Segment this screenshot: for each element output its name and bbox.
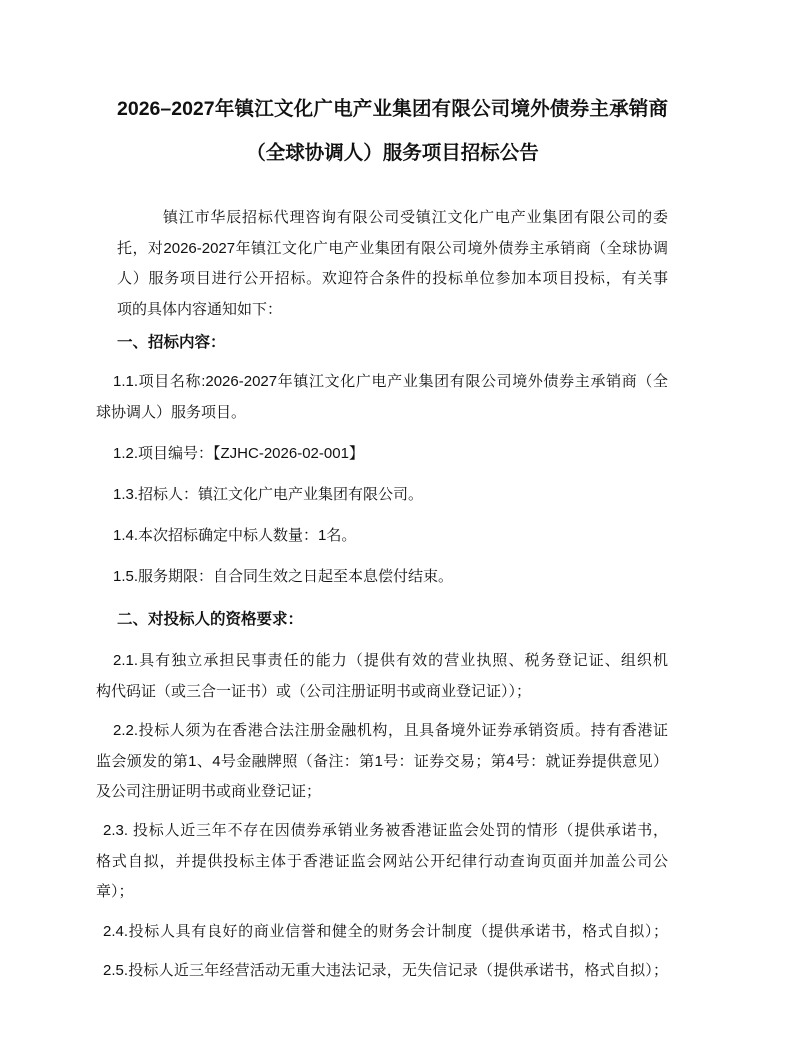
item-line: 球协调人）服务项目。	[96, 398, 668, 429]
list-item: 1.4.本次招标确定中标人数量：1名。	[96, 521, 668, 552]
list-item: 1.3.招标人：镇江文化广电产业集团有限公司。	[96, 480, 668, 511]
item-line: 格式自拟，并提供投标主体于香港证监会网站公开纪律行动查询页面并加盖公司公	[96, 847, 668, 878]
item-line: 2.2.投标人须为在香港合法注册金融机构，且具备境外证券承销资质。持有香港证	[113, 716, 668, 747]
list-item: 2.3. 投标人近三年不存在因债券承销业务被香港证监会处罚的情形（提供承诺书， …	[96, 816, 668, 908]
list-item: 1.5.服务期限：自合同生效之日起至本息偿付结束。	[96, 562, 668, 593]
paragraph-line: 项的具体内容通知如下：	[117, 295, 668, 326]
paragraph-line: 镇江市华辰招标代理咨询有限公司受镇江文化广电产业集团有限公司的委	[163, 203, 668, 234]
list-item: 2.2.投标人须为在香港合法注册金融机构，且具备境外证券承销资质。持有香港证 监…	[96, 716, 668, 808]
paragraph-line: 托，对2026-2027年镇江文化广电产业集团有限公司境外债券主承销商（全球协调	[117, 234, 668, 265]
item-line: 章）；	[96, 877, 668, 908]
document-page: 2026–2027年镇江文化广电产业集团有限公司境外债券主承销商 （全球协调人）…	[0, 0, 786, 1047]
item-line: 1.5.服务期限：自合同生效之日起至本息偿付结束。	[113, 562, 668, 593]
item-line: 1.1.项目名称:2026-2027年镇江文化广电产业集团有限公司境外债券主承销…	[113, 367, 668, 398]
list-item: 2.5.投标人近三年经营活动无重大违法记录，无失信记录（提供承诺书，格式自拟）；	[96, 956, 668, 987]
section-heading: 二、对投标人的资格要求：	[117, 605, 303, 635]
intro-paragraph: 镇江市华辰招标代理咨询有限公司受镇江文化广电产业集团有限公司的委 托，对2026…	[117, 203, 668, 326]
item-line: 2.1.具有独立承担民事责任的能力（提供有效的营业执照、税务登记证、组织机	[113, 646, 668, 677]
list-item: 1.1.项目名称:2026-2027年镇江文化广电产业集团有限公司境外债券主承销…	[96, 367, 668, 428]
list-item: 2.1.具有独立承担民事责任的能力（提供有效的营业执照、税务登记证、组织机 构代…	[96, 646, 668, 707]
item-line: 1.3.招标人：镇江文化广电产业集团有限公司。	[113, 480, 668, 511]
list-item: 2.4.投标人具有良好的商业信誉和健全的财务会计制度（提供承诺书，格式自拟）；	[96, 917, 668, 948]
paragraph-line: 人）服务项目进行公开招标。欢迎符合条件的投标单位参加本项目投标，有关事	[117, 264, 668, 295]
list-item: 1.2.项目编号：【ZJHC-2026-02-001】	[96, 439, 668, 470]
item-line: 1.2.项目编号：【ZJHC-2026-02-001】	[113, 439, 668, 470]
item-line: 构代码证（或三合一证书）或（公司注册证明书或商业登记证））；	[96, 677, 668, 708]
document-title: 2026–2027年镇江文化广电产业集团有限公司境外债券主承销商 （全球协调人）…	[117, 87, 668, 175]
title-line: 2026–2027年镇江文化广电产业集团有限公司境外债券主承销商	[117, 87, 668, 131]
title-line: （全球协调人）服务项目招标公告	[117, 131, 668, 175]
item-line: 2.5.投标人近三年经营活动无重大违法记录，无失信记录（提供承诺书，格式自拟）；	[103, 956, 668, 987]
item-line: 1.4.本次招标确定中标人数量：1名。	[113, 521, 668, 552]
section-heading: 一、招标内容：	[117, 328, 226, 358]
item-line: 2.4.投标人具有良好的商业信誉和健全的财务会计制度（提供承诺书，格式自拟）；	[103, 917, 668, 948]
item-line: 及公司注册证明书或商业登记证；	[96, 777, 668, 808]
item-line: 监会颁发的第1、4号金融牌照（备注：第1号：证券交易；第4号：就证券提供意见）	[96, 747, 668, 778]
item-line: 2.3. 投标人近三年不存在因债券承销业务被香港证监会处罚的情形（提供承诺书，	[103, 816, 668, 847]
